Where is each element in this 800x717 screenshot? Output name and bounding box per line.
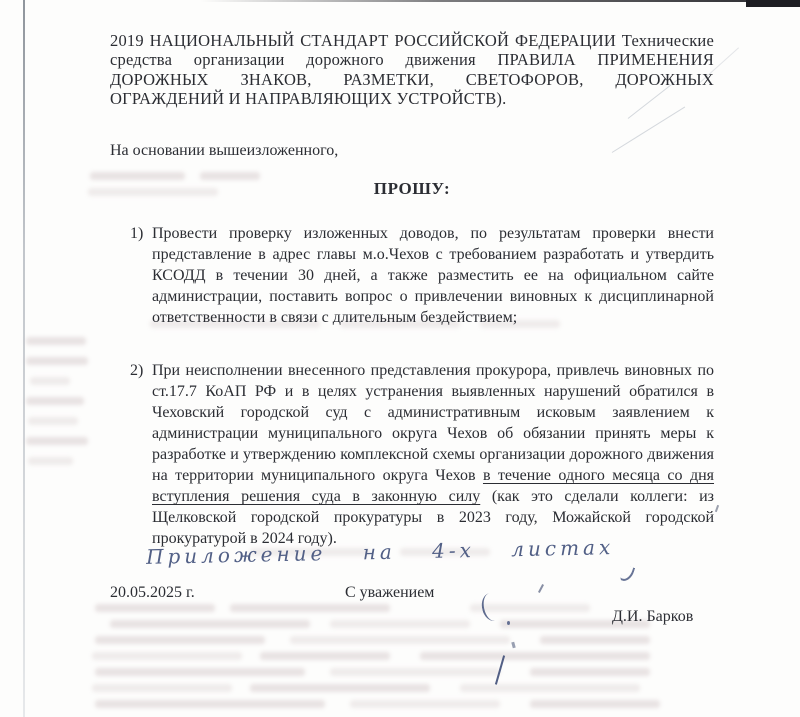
bleed-through-artifact: [540, 636, 650, 644]
document-top-edge-artifact: [200, 0, 800, 2]
document-date: 20.05.2025 г.: [110, 584, 195, 602]
page-edge-line: [23, 0, 25, 717]
bleed-through-artifact: [530, 668, 650, 676]
pen-mark-small: [511, 642, 515, 649]
bleed-through-artifact: [28, 417, 78, 425]
bleed-through-artifact: [350, 700, 500, 708]
signature-name: Д.И. Барков: [612, 608, 693, 626]
scanned-document-page: 2019 НАЦИОНАЛЬНЫЙ СТАНДАРТ РОССИЙСКОЙ ФЕ…: [0, 0, 800, 717]
request-item-1: 1) Провести проверку изложенных доводов,…: [152, 223, 714, 328]
preamble-text: На основании вышеизложенного,: [110, 142, 338, 160]
request-item-2: 2) При неисполнении внесенного представл…: [152, 360, 714, 549]
bleed-through-artifact: [530, 700, 660, 708]
bleed-through-artifact: [460, 684, 640, 692]
request-heading: ПРОШУ:: [110, 179, 714, 199]
bleed-through-artifact: [28, 457, 73, 465]
bleed-through-artifact: [95, 636, 265, 644]
bleed-through-artifact: [260, 652, 390, 660]
bleed-through-artifact: [92, 684, 232, 692]
bleed-through-artifact: [420, 652, 650, 660]
bleed-through-artifact: [92, 652, 242, 660]
pen-mark-apostrophe: [538, 584, 544, 593]
bleed-through-artifact: [30, 377, 70, 385]
pen-mark-parenthesis: [479, 591, 504, 623]
bleed-through-artifact: [26, 437, 88, 445]
intro-paragraph: 2019 НАЦИОНАЛЬНЫЙ СТАНДАРТ РОССИЙСКОЙ ФЕ…: [110, 31, 714, 109]
item-number: 2): [130, 360, 143, 381]
bleed-through-artifact: [230, 604, 390, 612]
document-corner-artifact: [746, 0, 800, 7]
bleed-through-artifact: [26, 337, 86, 345]
bleed-through-artifact: [110, 620, 310, 628]
item-text: Провести проверку изложенных доводов, по…: [152, 225, 714, 326]
bleed-through-artifact: [95, 668, 305, 676]
scan-scratch-artifact: [612, 107, 685, 153]
bleed-through-artifact: [250, 684, 430, 692]
bleed-through-artifact: [330, 620, 470, 628]
bleed-through-artifact: [290, 636, 510, 644]
bleed-through-artifact: [26, 397, 84, 405]
closing-salutation: С уважением: [345, 584, 434, 602]
pen-mark-hook: [620, 565, 635, 584]
bleed-through-artifact: [26, 357, 88, 365]
bleed-through-artifact: [330, 668, 500, 676]
item-number: 1): [130, 223, 143, 244]
pen-mark-dot: [507, 621, 510, 625]
item-text-before-underline: При неисполнении внесенного представлени…: [152, 362, 714, 484]
bleed-through-artifact: [95, 604, 215, 612]
bleed-through-artifact: [95, 700, 325, 708]
pen-mark-tick: [715, 505, 719, 512]
